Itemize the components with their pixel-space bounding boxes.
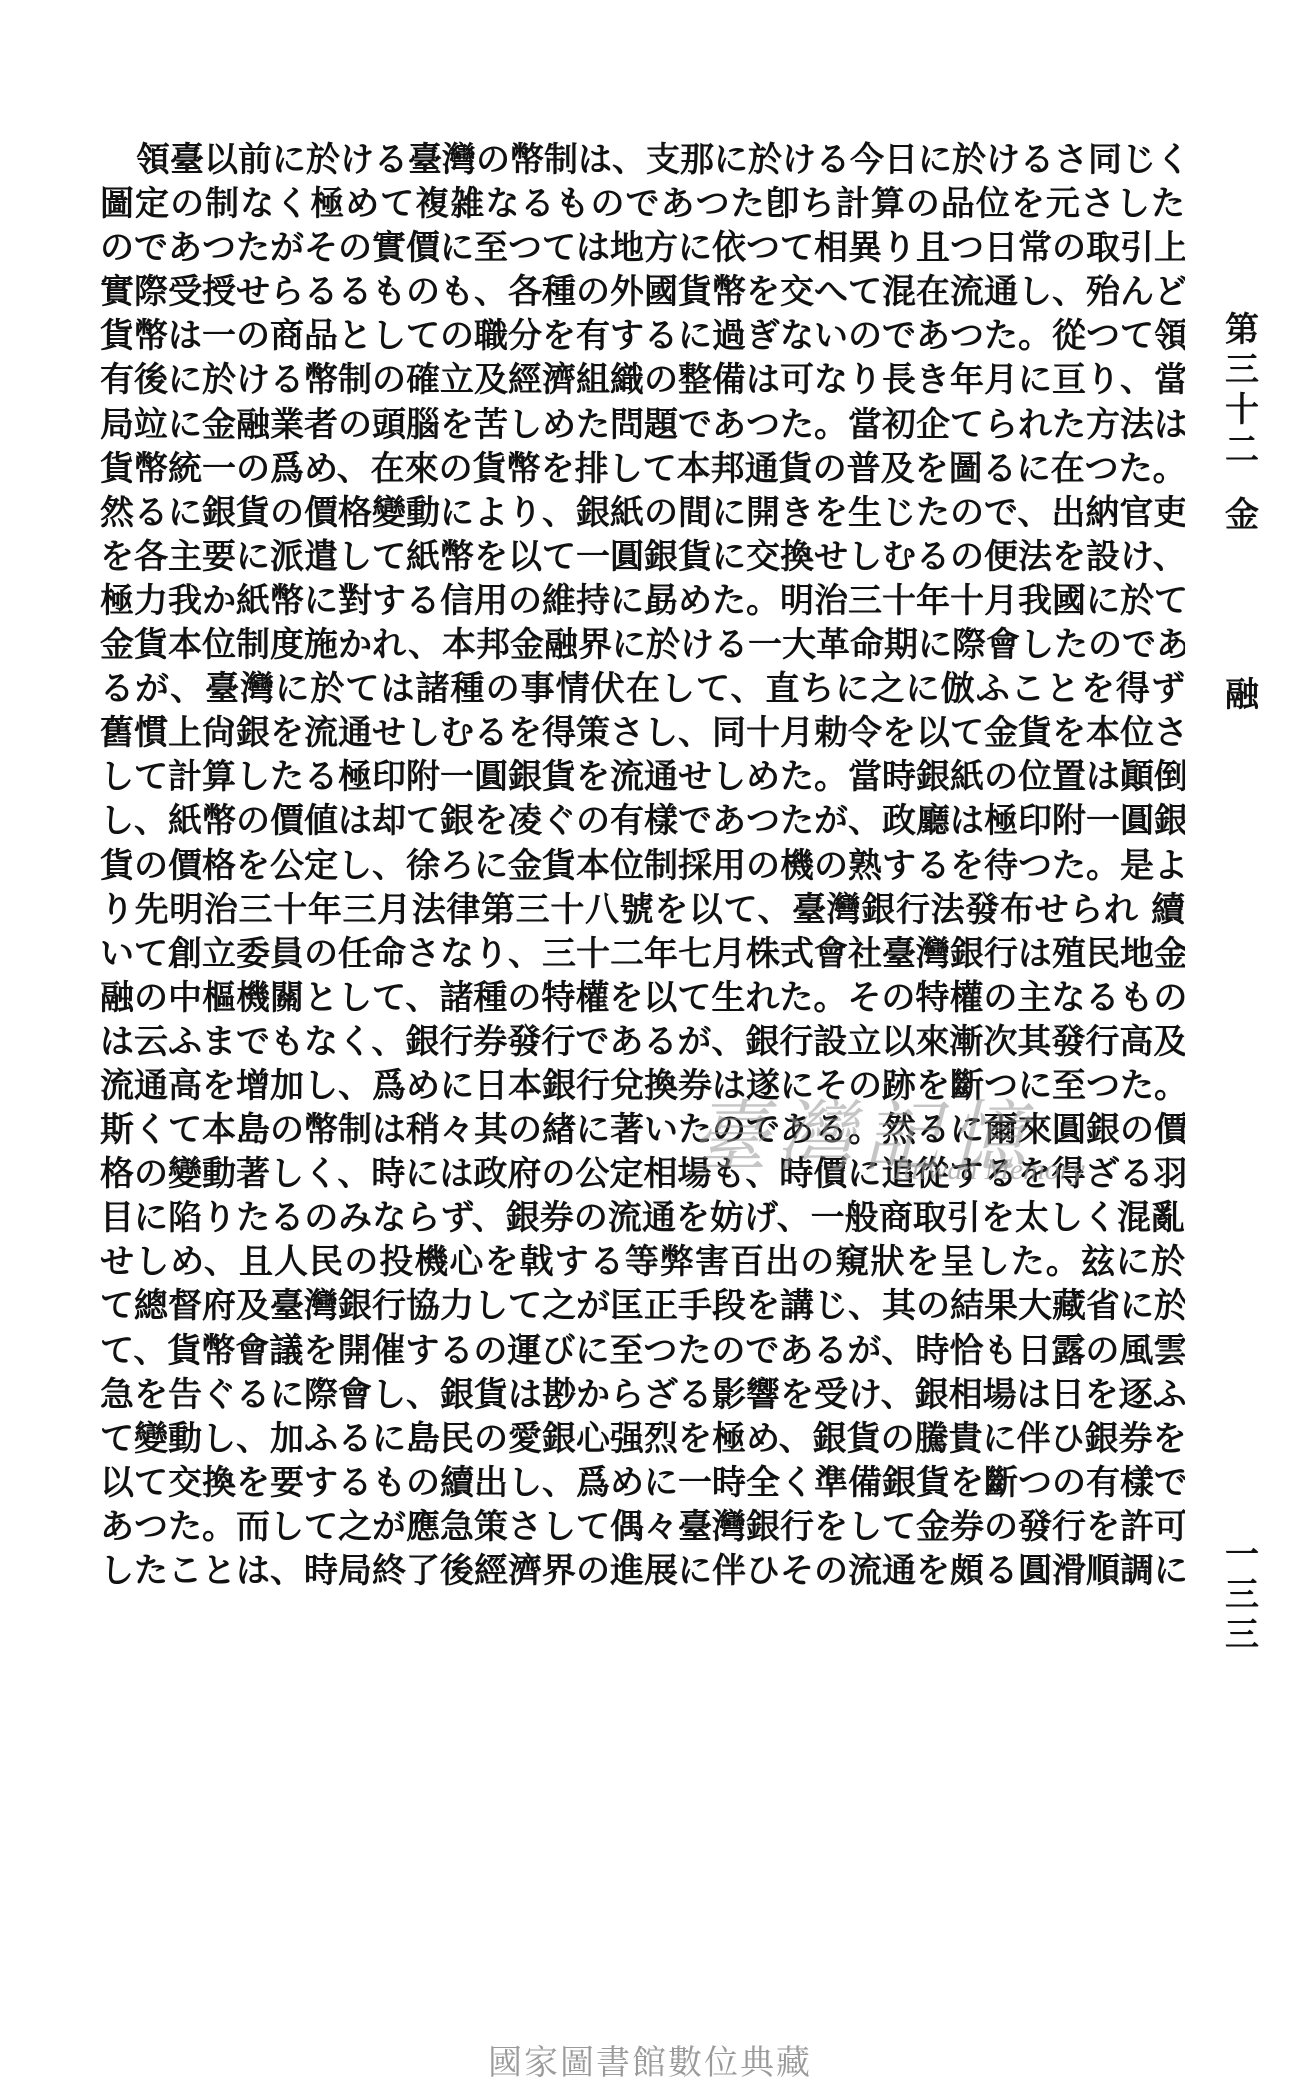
text-line: 急を告ぐるに際會し、銀貨は尠からざる影響を受け、銀相場は日を逐ふ (100, 1373, 1185, 1417)
footer-credit: 國家圖書館數位典藏 (0, 2035, 1300, 2084)
text-line: いて創立委員の任命さなり、三十二年七月株式會社臺灣銀行は殖民地金 (100, 932, 1185, 976)
text-line: て、貨幣會議を開催するの運びに至つたのであるが、時恰も日露の風雲 (100, 1329, 1185, 1373)
page-number: 一 三 三 (1222, 1535, 1262, 1655)
scanned-book-page: 領臺以前に於ける臺灣の幣制は、支那に於ける今日に於けるさ同じく 圖定の制なく極め… (0, 0, 1300, 2100)
text-line: り先明治三十年三月法律第三十八號を以て、臺灣銀行法發布せられ 續 (100, 888, 1185, 932)
text-line: あつた。而して之が應急策さして偶々臺灣銀行をして金券の發行を許可 (100, 1505, 1185, 1549)
text-line: 極力我か紙幣に對する信用の維持に勗めた。明治三十年十月我國に於て (100, 579, 1185, 623)
text-line: 斯くて本島の幣制は稍々其の緖に著いたのである。然るに爾來圓銀の價 (100, 1108, 1185, 1152)
chapter-title-char: 金 (1222, 495, 1262, 535)
text-line: 格の變動著しく、時には政府の公定相場も、時價に追從するを得ざる羽 (100, 1152, 1185, 1196)
chapter-char: 第 (1222, 310, 1262, 350)
text-line: 局竝に金融業者の頭腦を苦しめた問題であつた。當初企てられた方法は (100, 403, 1185, 447)
text-line: は云ふまでもなく、銀行券發行であるが、銀行設立以來漸次其發行高及 (100, 1020, 1185, 1064)
text-line: 金貨本位制度施かれ、本邦金融界に於ける一大革命期に際會したのであ (100, 623, 1185, 667)
body-text: 領臺以前に於ける臺灣の幣制は、支那に於ける今日に於けるさ同じく 圖定の制なく極め… (100, 138, 1185, 1593)
text-line: したことは、時局終了後經濟界の進展に伴ひその流通を頗る圓滑順調に (100, 1549, 1185, 1593)
text-line: し、紙幣の價値は却て銀を凌ぐの有樣であつたが、政廳は極印附一圓銀 (100, 799, 1185, 843)
text-line: て變動し、加ふるに島民の愛銀心强烈を極め、銀貨の騰貴に伴ひ銀券を (100, 1417, 1185, 1461)
page-number-char: 一 (1222, 1535, 1262, 1575)
page-number-char: 三 (1222, 1575, 1262, 1615)
chapter-char: 十 (1222, 390, 1262, 430)
text-line: 圖定の制なく極めて複雑なるものであつた卽ち計算の品位を元さした (100, 182, 1185, 226)
text-line: 領臺以前に於ける臺灣の幣制は、支那に於ける今日に於けるさ同じく (100, 138, 1185, 182)
text-line: のであつたがその實價に至つては地方に依つて相異り且つ日常の取引上 (100, 226, 1185, 270)
text-line: 貨幣は一の商品としての職分を有するに過ぎないのであつた。從つて領 (100, 314, 1185, 358)
text-line: を各主要に派遣して紙幣を以て一圓銀貨に交換せしむるの便法を設け、 (100, 535, 1185, 579)
chapter-char: 三 (1222, 350, 1262, 390)
text-line: して計算したる極印附一圓銀貨を流通せしめた。當時銀紙の位置は顚倒 (100, 755, 1185, 799)
text-line: 有後に於ける幣制の確立及經濟組織の整備は可なり長き年月に亘り、當 (100, 358, 1185, 402)
text-line: て總督府及臺灣銀行協力して之が匡正手段を講じ、其の結果大藏省に於 (100, 1284, 1185, 1328)
text-line: 以て交換を要するもの續出し、爲めに一時全く準備銀貨を斷つの有樣で (100, 1461, 1185, 1505)
text-line: 流通高を增加し、爲めに日本銀行兌換券は遂にその跡を斷つに至つた。 (100, 1064, 1185, 1108)
text-line: 融の中樞機關として、諸種の特權を以て生れた。その特權の主なるもの (100, 976, 1185, 1020)
running-header: 第 三 十 二 金 融 (1222, 310, 1262, 470)
text-line: 舊慣上尙銀を流通せしむるを得策さし、同十月勅令を以て金貨を本位さ (100, 711, 1185, 755)
text-line: せしめ、且人民の投機心を戟する等弊害百出の窺狀を呈した。玆に於 (100, 1240, 1185, 1284)
text-line: 貨幣統一の爲め、在來の貨幣を排して本邦通貨の普及を圖るに在つた。 (100, 447, 1185, 491)
text-line: 貨の價格を公定し、徐ろに金貨本位制採用の機の熟するを待つた。是よ (100, 844, 1185, 888)
text-line: 目に陷りたるのみならず、銀券の流通を妨げ、一般商取引を太しく混亂 (100, 1196, 1185, 1240)
page-number-char: 三 (1222, 1615, 1262, 1655)
text-line: るが、臺灣に於ては諸種の事情伏在して、直ちに之に倣ふことを得ず (100, 667, 1185, 711)
chapter-title-char: 融 (1222, 675, 1262, 715)
text-line: 實際受授せらるるものも、各種の外國貨幣を交へて混在流通し、殆んど (100, 270, 1185, 314)
chapter-char: 二 (1222, 430, 1262, 470)
text-line: 然るに銀貨の價格變動により、銀紙の間に開きを生じたので、出納官吏 (100, 491, 1185, 535)
